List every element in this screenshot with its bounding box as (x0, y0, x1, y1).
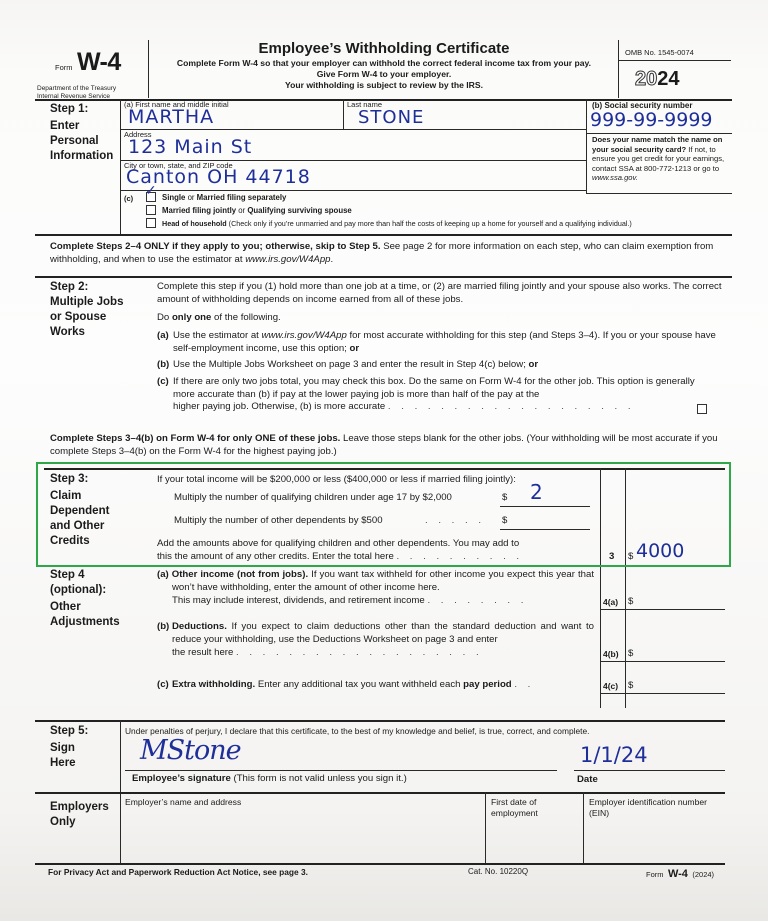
divider (35, 234, 732, 236)
step1-label: Step 1: Enter Personal Information (50, 102, 113, 164)
option-text: Qualifying surviving spouse (247, 206, 351, 215)
instr-bold: Complete Steps 2–4 ONLY if they apply to… (50, 241, 381, 252)
step4b-desc: If you expect to claim deductions other … (172, 621, 594, 645)
ssa-note: Does your name match the name on your so… (592, 135, 730, 183)
line-4c-number: 4(c) (603, 681, 618, 691)
tax-year-bold: 24 (657, 68, 679, 90)
form-title-block: Employee’s Withholding Certificate Compl… (150, 40, 618, 91)
divider (586, 133, 732, 134)
divider (574, 770, 725, 771)
currency-symbol: $ (628, 596, 633, 609)
divider (618, 40, 619, 98)
option-b-label: (b) (157, 359, 173, 372)
form-prefix: Form (55, 63, 73, 72)
step4a-desc2: This may include interest, dividends, an… (172, 595, 425, 606)
step1-desc-3: Information (50, 149, 113, 164)
option-a-label: (a) (157, 330, 173, 343)
signature-caption: Employee’s signature (This form is not v… (132, 773, 407, 786)
do-only-bold: only one (172, 312, 211, 323)
divider (120, 129, 586, 130)
leader-dots: . . . . . . . . . . . . . . . . . . . (236, 647, 483, 658)
privacy-notice: For Privacy Act and Paperwork Reduction … (48, 867, 308, 877)
step4-optional: (optional): (50, 583, 120, 598)
divider (35, 792, 725, 794)
step2-desc-3: Works (50, 325, 123, 340)
option-text: (Check only if you’re unmarried and pay … (227, 219, 632, 228)
step5-desc-2: Here (50, 756, 88, 771)
step2-option-c: (c)If there are only two jobs total, you… (157, 376, 717, 401)
employers-label-2: Only (50, 815, 109, 830)
step1-desc-2: Personal (50, 134, 113, 149)
step4b-desc2: the result here (172, 647, 233, 658)
ein-field[interactable] (586, 822, 724, 860)
divider (125, 770, 557, 771)
step1-title: Step 1: (50, 102, 113, 117)
instructions-steps-3-4: Complete Steps 3–4(b) on Form W-4 for on… (50, 433, 738, 458)
step4c-label: (c) (157, 679, 172, 692)
filing-option-joint[interactable]: Married filing jointly or Qualifying sur… (146, 204, 736, 217)
checkbox-two-jobs[interactable] (697, 404, 707, 414)
ssa-link[interactable]: www.ssa.gov. (592, 173, 638, 182)
line-4a-number: 4(a) (603, 597, 618, 607)
leader-dots: . . . . . . . . . . . . . . . . . . . (388, 401, 635, 412)
step5-desc-1: Sign (50, 741, 88, 756)
first-date-field[interactable] (488, 822, 580, 860)
option-text: Head of household (162, 219, 227, 228)
step3-highlight (36, 462, 731, 567)
step4c-bold2: pay period (463, 679, 512, 690)
employers-label-1: Employers (50, 800, 109, 815)
first-date-label: First date of employment (491, 797, 573, 819)
form-name: W-4 (77, 48, 121, 76)
step4c-text: (c)Extra withholding. Enter any addition… (157, 679, 534, 692)
subtitle-1: Complete Form W-4 so that your employer … (150, 58, 618, 69)
option-a-text: Use the estimator at (173, 330, 262, 341)
step2-desc-1: Multiple Jobs (50, 295, 123, 310)
filing-option-hoh[interactable]: Head of household (Check only if you’re … (146, 217, 736, 230)
step4-label: Step 4 (optional): Other Adjustments (50, 568, 120, 630)
step4b-text: (b)Deductions. If you expect to claim de… (157, 621, 594, 646)
step4-desc-1: Other (50, 600, 120, 615)
employer-name-label: Employer’s name and address (125, 797, 241, 807)
tax-year-outline: 20 (635, 68, 657, 90)
divider (485, 792, 486, 863)
step4b-line3: the result here . . . . . . . . . . . . … (172, 647, 483, 660)
dept-line1: Department of the Treasury (37, 85, 116, 93)
option-c-text: higher paying job. Otherwise, (b) is mor… (173, 401, 385, 412)
divider (583, 792, 584, 863)
checkmark-icon: ✓ (145, 185, 158, 198)
divider (343, 99, 344, 129)
divider (148, 40, 149, 98)
date-label: Date (577, 774, 598, 787)
ein-label: Employer identification number (EIN) (589, 797, 719, 819)
step4a-bold: (a) Other income (not from jobs). (157, 569, 308, 580)
filing-status-label: (c) (124, 194, 133, 203)
instructions-steps-2-4: Complete Steps 2–4 ONLY if they apply to… (50, 241, 735, 266)
signature-field[interactable]: MStone (140, 735, 241, 766)
step4c-bold: Extra withholding. (172, 679, 255, 690)
leader-dots: . . (514, 679, 534, 690)
w4-form-page: Form W-4 Department of the Treasury Inte… (0, 0, 768, 921)
employer-name-field[interactable] (123, 810, 483, 860)
step2-do-only: Do only one of the following. (157, 312, 281, 325)
step2-label: Step 2: Multiple Jobs or Spouse Works (50, 280, 123, 340)
step2-intro: Complete this step if you (1) hold more … (157, 281, 727, 306)
date-field[interactable]: 1/1/24 (580, 743, 648, 767)
filing-option-single[interactable]: ✓ Single or Married filing separately (146, 191, 736, 204)
option-text: or (185, 193, 196, 202)
divider (600, 693, 725, 694)
step2-title: Step 2: (50, 280, 123, 295)
option-text: Single (162, 193, 185, 202)
step2-option-c-line2: higher paying job. Otherwise, (b) is mor… (173, 401, 635, 414)
option-b-or: or (529, 359, 539, 370)
step4a-text: (a) Other income (not from jobs). If you… (157, 569, 594, 594)
divider (35, 276, 732, 278)
option-b-text: Use the Multiple Jobs Worksheet on page … (173, 359, 529, 370)
divider (600, 609, 725, 610)
checkbox-joint[interactable] (146, 205, 156, 215)
last-name-field[interactable]: STONE (358, 107, 424, 128)
w4app-link[interactable]: www.irs.gov/W4App (245, 254, 330, 265)
divider (35, 720, 725, 722)
footer-form-year: (2024) (692, 870, 714, 879)
footer-form-prefix: Form (646, 870, 664, 879)
option-text: Married filing jointly (162, 206, 236, 215)
step5-title: Step 5: (50, 724, 88, 739)
instr-bold: Complete Steps 3–4(b) on Form W-4 for on… (50, 433, 340, 444)
w4app-link[interactable]: www.irs.gov/W4App (262, 330, 347, 341)
signature-label: Employee’s signature (132, 773, 231, 784)
step4-desc-2: Adjustments (50, 615, 120, 630)
checkbox-hoh[interactable] (146, 218, 156, 228)
option-a-or: or (350, 343, 360, 354)
step4a-line3: This may include interest, dividends, an… (172, 595, 527, 608)
footer-form-label: Form W-4 (2024) (646, 864, 714, 882)
step4c-desc: Enter any additional tax you want withhe… (255, 679, 463, 690)
step4-title: Step 4 (50, 568, 120, 583)
instr-end: . (331, 254, 334, 265)
do-only-text: Do (157, 312, 172, 323)
signature-note: (This form is not valid unless you sign … (231, 773, 407, 784)
leader-dots: . . . . . . . . (427, 595, 527, 606)
form-title: Employee’s Withholding Certificate (150, 40, 618, 58)
currency-symbol: $ (628, 680, 633, 693)
subtitle-2: Give Form W-4 to your employer. (150, 69, 618, 80)
divider (35, 863, 725, 865)
step4b-bold: Deductions. (172, 621, 227, 632)
line-4b-number: 4(b) (603, 649, 619, 659)
subtitle-3: Your withholding is subject to review by… (150, 80, 618, 91)
address-field[interactable]: 123 Main St (128, 136, 252, 158)
option-text: or (236, 206, 247, 215)
option-text: Married filing separately (197, 193, 287, 202)
do-only-text: of the following. (211, 312, 280, 323)
divider (120, 99, 121, 234)
option-c-text: If there are only two jobs total, you ma… (173, 376, 695, 400)
divider (618, 60, 731, 61)
tax-year: 2024 (635, 68, 680, 91)
catalog-number: Cat. No. 10220Q (468, 867, 528, 876)
ssn-field[interactable]: 999-99-9999 (590, 109, 713, 131)
step2-option-a: (a)Use the estimator at www.irs.gov/W4Ap… (157, 330, 732, 355)
step1-desc-1: Enter (50, 119, 113, 134)
step2-desc-2: or Spouse (50, 310, 123, 325)
filing-status-options: ✓ Single or Married filing separately Ma… (146, 191, 736, 230)
option-c-label: (c) (157, 376, 173, 389)
employers-only-label: Employers Only (50, 800, 109, 830)
step2-option-b: (b)Use the Multiple Jobs Worksheet on pa… (157, 359, 732, 372)
first-name-field[interactable]: MARTHA (128, 106, 214, 128)
omb-number: OMB No. 1545-0074 (625, 48, 694, 57)
divider (586, 99, 587, 193)
footer-form-name: W-4 (668, 868, 688, 880)
form-label: Form W-4 (55, 48, 121, 77)
step4b-label: (b) (157, 621, 172, 634)
currency-symbol: $ (628, 648, 633, 661)
divider (600, 661, 725, 662)
step5-label: Step 5: Sign Here (50, 724, 88, 771)
